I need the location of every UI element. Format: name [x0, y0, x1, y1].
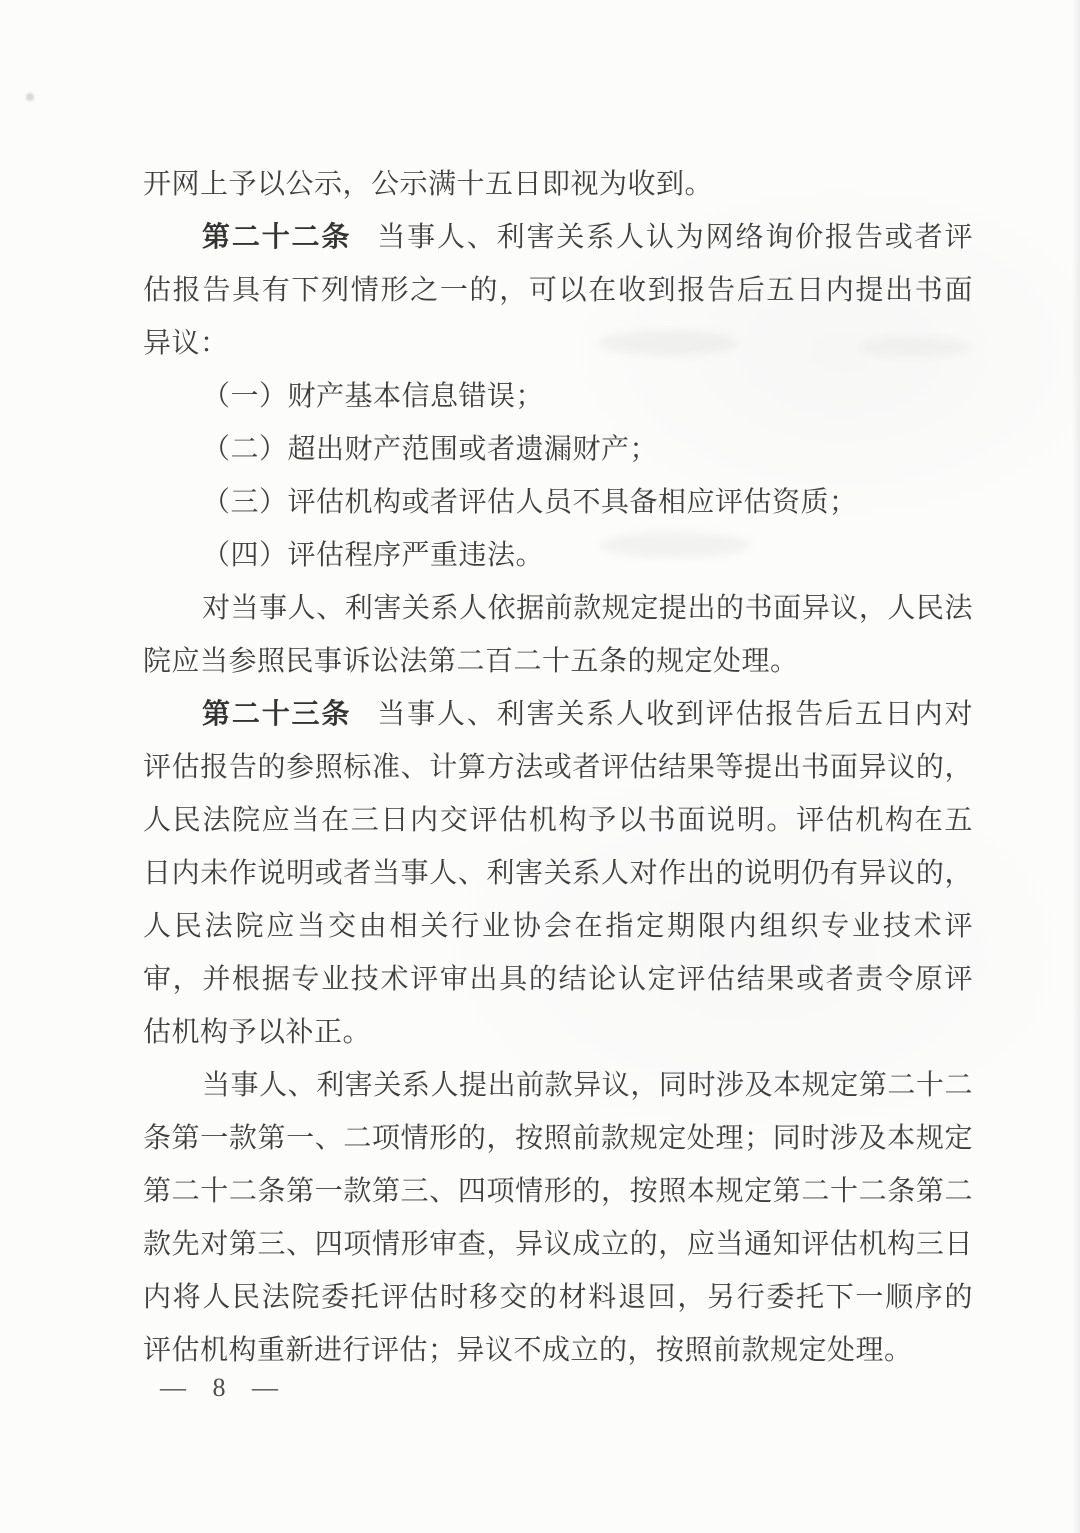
document-page: 开网上予以公示，公示满十五日即视为收到。第二十二条当事人、利害关系人认为网络询价… [0, 0, 1080, 1533]
text-line: 第二十二条第一款第三、四项情形的，按照本规定第二十二条第二 [143, 1165, 973, 1218]
text-line: 院应当参照民事诉讼法第二百二十五条的规定处理。 [143, 635, 973, 688]
text-line: 内将人民法院委托评估时移交的材料退回，另行委托下一顺序的 [143, 1271, 973, 1324]
text-line: 对当事人、利害关系人依据前款规定提出的书面异议，人民法 [143, 582, 973, 635]
text-line: 第二十三条当事人、利害关系人收到评估报告后五日内对 [143, 688, 973, 741]
article-number: 第二十二条 [202, 222, 351, 253]
text-line: 开网上予以公示，公示满十五日即视为收到。 [143, 158, 973, 211]
text-line: 人民法院应当交由相关行业协会在指定期限内组织专业技术评 [143, 900, 973, 953]
text-line: （四）评估程序严重违法。 [143, 529, 973, 582]
text-line: 评估报告的参照标准、计算方法或者评估结果等提出书面异议的， [143, 741, 973, 794]
text-line: 日内未作说明或者当事人、利害关系人对作出的说明仍有异议的， [143, 847, 973, 900]
text-line: 人民法院应当在三日内交评估机构予以书面说明。评估机构在五 [143, 794, 973, 847]
text-line: （一）财产基本信息错误； [143, 370, 973, 423]
text-line: （二）超出财产范围或者遗漏财产； [143, 423, 973, 476]
article-number: 第二十三条 [202, 699, 351, 730]
text-line: 当事人、利害关系人提出前款异议，同时涉及本规定第二十二 [143, 1059, 973, 1112]
scan-smudge [26, 93, 34, 101]
scan-edge-shadow [1072, 0, 1080, 1533]
text-line: 审，并根据专业技术评审出具的结论认定评估结果或者责令原评 [143, 953, 973, 1006]
text-line: 估机构予以补正。 [143, 1006, 973, 1059]
page-number: — 8 — [160, 1368, 280, 1408]
text-line: （三）评估机构或者评估人员不具备相应评估资质； [143, 476, 973, 529]
line-text: 当事人、利害关系人认为网络询价报告或者评 [377, 222, 973, 253]
text-line: 第二十二条当事人、利害关系人认为网络询价报告或者评 [143, 211, 973, 264]
text-line: 估报告具有下列情形之一的，可以在收到报告后五日内提出书面 [143, 264, 973, 317]
line-text: 当事人、利害关系人收到评估报告后五日内对 [377, 699, 973, 730]
text-line: 款先对第三、四项情形审查，异议成立的，应当通知评估机构三日 [143, 1218, 973, 1271]
document-lines: 开网上予以公示，公示满十五日即视为收到。第二十二条当事人、利害关系人认为网络询价… [143, 158, 973, 1377]
text-line: 异议： [143, 317, 973, 370]
text-line: 条第一款第一、二项情形的，按照前款规定处理；同时涉及本规定 [143, 1112, 973, 1165]
